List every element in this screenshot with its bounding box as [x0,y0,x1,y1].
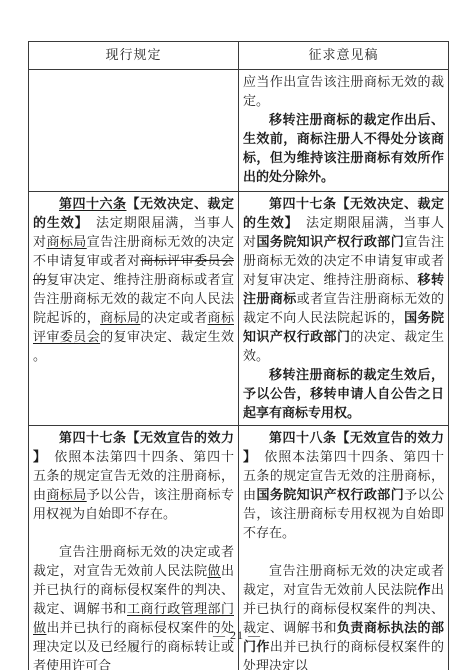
table-body: 应当作出宣告该注册商标无效的裁定。移转注册商标的裁定作出后、生效前，商标注册人不… [29,70,449,670]
column-header-current-regulations: 现行规定 [29,42,239,70]
table-header: 现行规定 征求意见稿 [29,42,449,70]
cell-right: 第四十七条【无效决定、裁定的生效】 法定期限届满，当事人对国务院知识产权行政部门… [239,192,449,426]
text-segment: 商标局 [46,234,86,249]
paragraph: 应当作出宣告该注册商标无效的裁定。 [243,72,444,110]
text-segment: 移转注册商标的裁定作出后、生效前，商标注册人不得处分该商标，但为维持该注册商标有… [243,112,444,184]
header-row: 现行规定 征求意见稿 [29,42,449,70]
text-segment: 做 [208,563,221,578]
column-header-draft-for-comments: 征求意见稿 [239,42,449,70]
table-row: 应当作出宣告该注册商标无效的裁定。移转注册商标的裁定作出后、生效前，商标注册人不… [29,70,449,192]
table-row: 第四十六条【无效决定、裁定的生效】 法定期限届满，当事人对商标局宣告注册商标无效… [29,192,449,426]
paragraph: 第四十六条【无效决定、裁定的生效】 法定期限届满，当事人对商标局宣告注册商标无效… [33,194,234,365]
text-segment: 国务院知识产权行政部门 [256,487,404,502]
paragraph: 第四十七条【无效宣告的效力】 依照本法第四十四条、第四十五条的规定宣告无效的注册… [33,428,234,523]
cell-left: 第四十六条【无效决定、裁定的生效】 法定期限届满，当事人对商标局宣告注册商标无效… [29,192,239,426]
text-segment: 应当作出宣告该注册商标无效的裁定。 [243,74,444,108]
text-segment: 作 [418,582,431,597]
text-segment: 第四十六条 [59,196,127,211]
comparison-table: 现行规定 征求意见稿 应当作出宣告该注册商标无效的裁定。移转注册商标的裁定作出后… [28,41,449,670]
text-segment: 商标局 [100,310,140,325]
text-segment: 国务院知识产权行政部门 [256,234,404,249]
paragraph: 第四十八条【无效宣告的效力】 依照本法第四十四条、第四十五条的规定宣告无效的注册… [243,428,444,542]
cell-right: 应当作出宣告该注册商标无效的裁定。移转注册商标的裁定作出后、生效前，商标注册人不… [239,70,449,192]
text-segment: 移转注册商标的裁定生效后，予以公告，移转申请人自公告之日起享有商标专用权。 [243,367,444,420]
paragraph: 第四十七条【无效决定、裁定的生效】 法定期限届满，当事人对国务院知识产权行政部门… [243,194,444,365]
text-segment: 出并已执行的商标侵权案件的处理决定以 [243,639,444,670]
document-page: 现行规定 征求意见稿 应当作出宣告该注册商标无效的裁定。移转注册商标的裁定作出后… [0,0,474,670]
text-segment: 宣告注册商标无效的决定或者裁定，对宣告无效前人民法院 [33,544,234,578]
text-segment: 的决定或者 [140,310,207,325]
paragraph: 宣告注册商标无效的决定或者裁定，对宣告无效前人民法院作出并已执行的商标侵权案件的… [243,561,444,670]
page-number: — 21 — [0,628,474,643]
paragraph: 移转注册商标的裁定生效后，予以公告，移转申请人自公告之日起享有商标专用权。 [243,365,444,422]
paragraph: 宣告注册商标无效的决定或者裁定，对宣告无效前人民法院做出并已执行的商标侵权案件的… [33,542,234,670]
text-segment: 宣告注册商标无效的决定或者裁定，对宣告无效前人民法院 [243,563,444,597]
text-segment: 商标局 [46,487,86,502]
cell-left [29,70,239,192]
paragraph: 移转注册商标的裁定作出后、生效前，商标注册人不得处分该商标，但为维持该注册商标有… [243,110,444,186]
